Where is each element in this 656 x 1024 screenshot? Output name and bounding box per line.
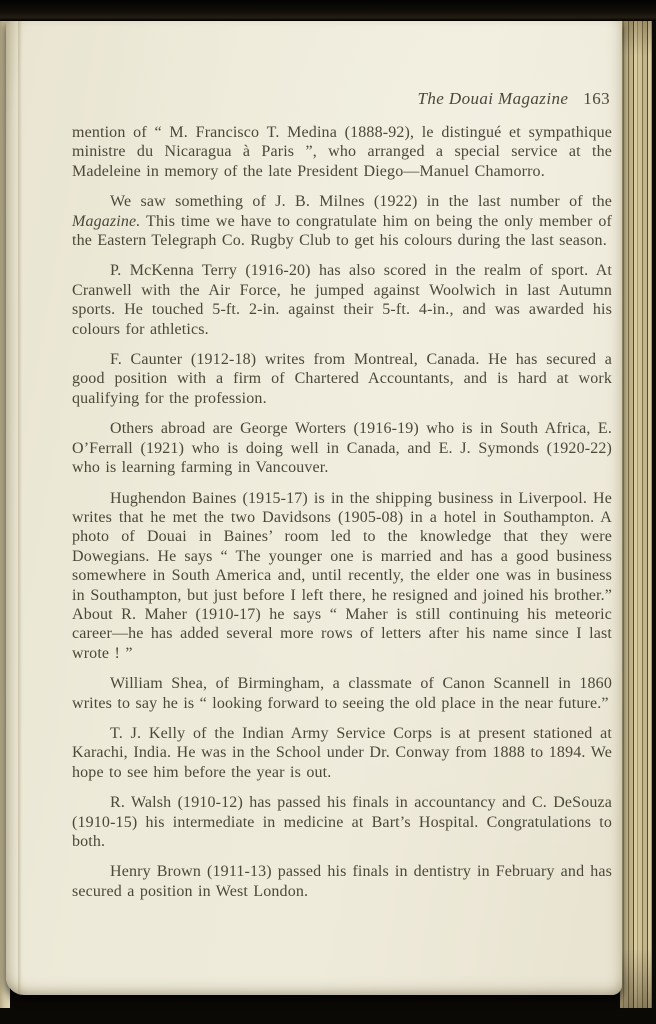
body-paragraph: F. Caunter (1912-18) writes from Montrea… — [72, 350, 612, 408]
running-header: The Douai Magazine 163 — [72, 89, 610, 109]
body-paragraph: We saw something of J. B. Milnes (1922) … — [72, 192, 612, 250]
body-paragraph: Henry Brown (1911-13) passed his finals … — [72, 862, 612, 901]
page-number: 163 — [583, 89, 610, 109]
body-paragraph: T. J. Kelly of the Indian Army Service C… — [72, 724, 612, 782]
page-stack-fore-edge — [620, 16, 652, 1008]
body-paragraph: R. Walsh (1910-12) has passed his finals… — [72, 793, 612, 851]
book-cover-top-edge — [0, 0, 656, 21]
body-paragraph: Hughendon Baines (1915-17) is in the shi… — [72, 489, 612, 664]
body-paragraph: Others abroad are George Worters (1916-1… — [72, 419, 612, 477]
body-paragraph: William Shea, of Birmingham, a classmate… — [72, 674, 612, 713]
magazine-title: The Douai Magazine — [418, 89, 569, 109]
paragraph-text: This time we have to congratulate him on… — [72, 213, 612, 249]
scan-background: { "page": { "header": { "title": "The Do… — [0, 0, 656, 1024]
page-content: The Douai Magazine 163 mention of “ M. F… — [72, 89, 612, 912]
body-paragraph: P. McKenna Terry (1916-20) has also scor… — [72, 261, 612, 339]
italic-word: Magazine. — [72, 213, 140, 230]
paragraph-text: We saw something of J. B. Milnes (1922) … — [110, 193, 612, 210]
book-page: The Douai Magazine 163 mention of “ M. F… — [6, 19, 622, 995]
body-paragraph: mention of “ M. Francisco T. Medina (188… — [72, 123, 612, 181]
